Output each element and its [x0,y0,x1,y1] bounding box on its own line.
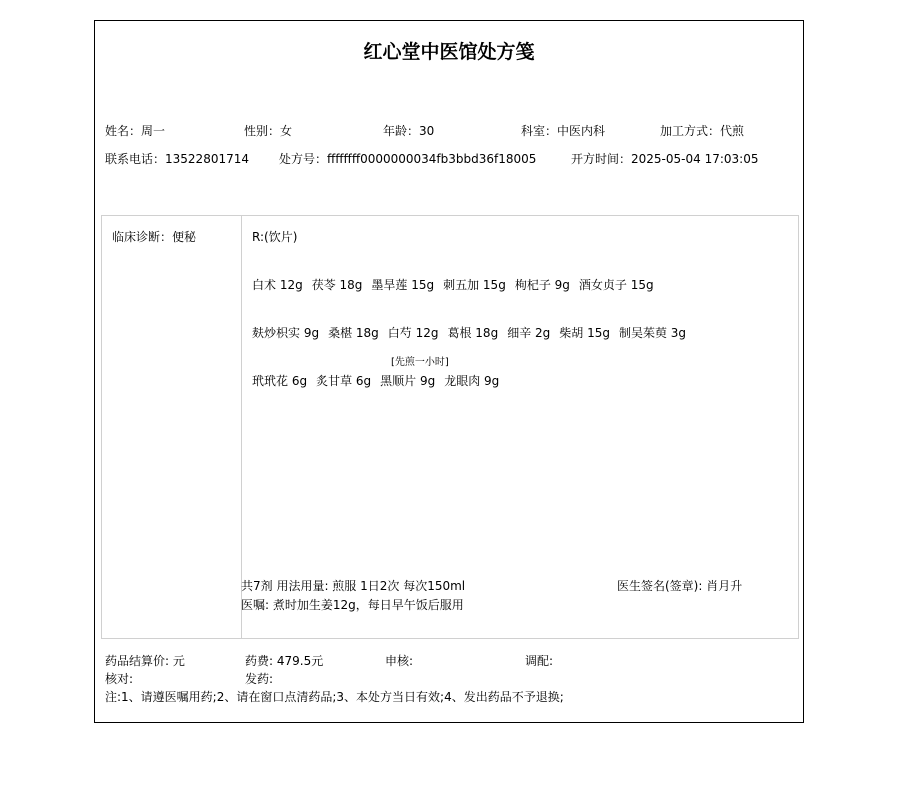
diagnosis-value: 便秘 [172,230,196,244]
doctor-signature-label: 医生签名(签章): [617,579,706,593]
rx-time-value: 2025-05-04 17:03:05 [631,152,758,166]
rx-number: 处方号：ffffffff0000000034fb3bbd36f18005 [279,150,536,167]
rx-header: R:(饮片) [252,228,297,245]
herb-item: 细辛 2g [507,326,550,340]
process-method-value: 代煎 [720,124,744,138]
herb-item: 黑顺片 9g [380,374,435,388]
check-field: 核对: [105,670,133,687]
patient-dept-label: 科室： [521,124,557,138]
process-method-label: 加工方式： [660,124,720,138]
patient-gender-label: 性别： [244,124,280,138]
herb-line-1: 白术 12g茯苓 18g墨旱莲 15g刺五加 15g枸杞子 9g酒女贞子 15g [252,276,663,293]
review-field: 申核: [385,652,413,669]
herb-item: 白芍 12g [388,326,439,340]
diagnosis: 临床诊断：便秘 [112,228,196,245]
prescription-sheet: 红心堂中医馆处方笺 姓名：周一 性别：女 年龄：30 科室：中医内科 加工方式：… [94,20,804,723]
herb-item: 桑椹 18g [328,326,379,340]
doctor-advice: 医嘱: 煮时加生姜12g，每日早午饭后服用 [241,596,464,613]
patient-phone-value: 13522801714 [165,152,249,166]
drug-fee: 药费: 479.5元 [245,652,323,669]
patient-name-label: 姓名： [105,124,141,138]
diagnosis-label: 临床诊断： [112,230,172,244]
rx-time: 开方时间：2025-05-04 17:03:05 [571,150,758,167]
herb-special-note: [先煎一小时] [391,353,449,368]
column-divider [241,216,242,638]
patient-name: 姓名：周一 [105,122,165,139]
page-title: 红心堂中医馆处方笺 [95,37,803,64]
herb-item: 炙甘草 6g [316,374,371,388]
rx-number-value: ffffffff0000000034fb3bbd36f18005 [327,152,536,166]
herb-line-2: 麸炒枳实 9g桑椹 18g白芍 12g葛根 18g细辛 2g柴胡 15g制吴茱萸… [252,324,695,341]
herb-item: 柴胡 15g [559,326,610,340]
patient-phone: 联系电话：13522801714 [105,150,249,167]
process-method: 加工方式：代煎 [660,122,744,139]
herb-item: 酒女贞子 15g [579,278,654,292]
doctor-signature: 医生签名(签章): 肖月升 [617,577,742,594]
patient-age-label: 年龄： [383,124,419,138]
patient-dept: 科室：中医内科 [521,122,605,139]
patient-age: 年龄：30 [383,122,434,139]
patient-name-value: 周一 [141,124,165,138]
settle-price: 药品结算价: 元 [105,652,185,669]
rx-time-label: 开方时间： [571,152,631,166]
herb-item: 茯苓 18g [312,278,363,292]
patient-gender: 性别：女 [244,122,292,139]
notice-text: 注:1、请遵医嘱用药;2、请在窗口点清药品;3、本处方当日有效;4、发出药品不予… [105,688,564,705]
herb-item: 葛根 18g [447,326,498,340]
herb-item: 墨旱莲 15g [371,278,434,292]
patient-dept-value: 中医内科 [557,124,605,138]
herb-item: 玳玳花 6g [252,374,307,388]
patient-age-value: 30 [419,124,434,138]
dispense-prep-field: 调配: [525,652,553,669]
patient-gender-value: 女 [280,124,292,138]
herb-item: 刺五加 15g [443,278,506,292]
prescription-body: 临床诊断：便秘 R:(饮片) 白术 12g茯苓 18g墨旱莲 15g刺五加 15… [101,215,799,639]
patient-phone-label: 联系电话： [105,152,165,166]
usage-instructions: 共7剂 用法用量: 煎服 1日2次 每次150ml [241,577,465,594]
rx-number-label: 处方号： [279,152,327,166]
herb-line-3: 玳玳花 6g炙甘草 6g黑顺片 9g龙眼肉 9g [252,372,508,389]
herb-item: 白术 12g [252,278,303,292]
herb-item: 龙眼肉 9g [444,374,499,388]
herb-item: 枸杞子 9g [515,278,570,292]
herb-item: 麸炒枳实 9g [252,326,319,340]
herb-item: 制吴茱萸 3g [619,326,686,340]
doctor-name: 肖月升 [706,579,742,593]
dispense-field: 发药: [245,670,273,687]
